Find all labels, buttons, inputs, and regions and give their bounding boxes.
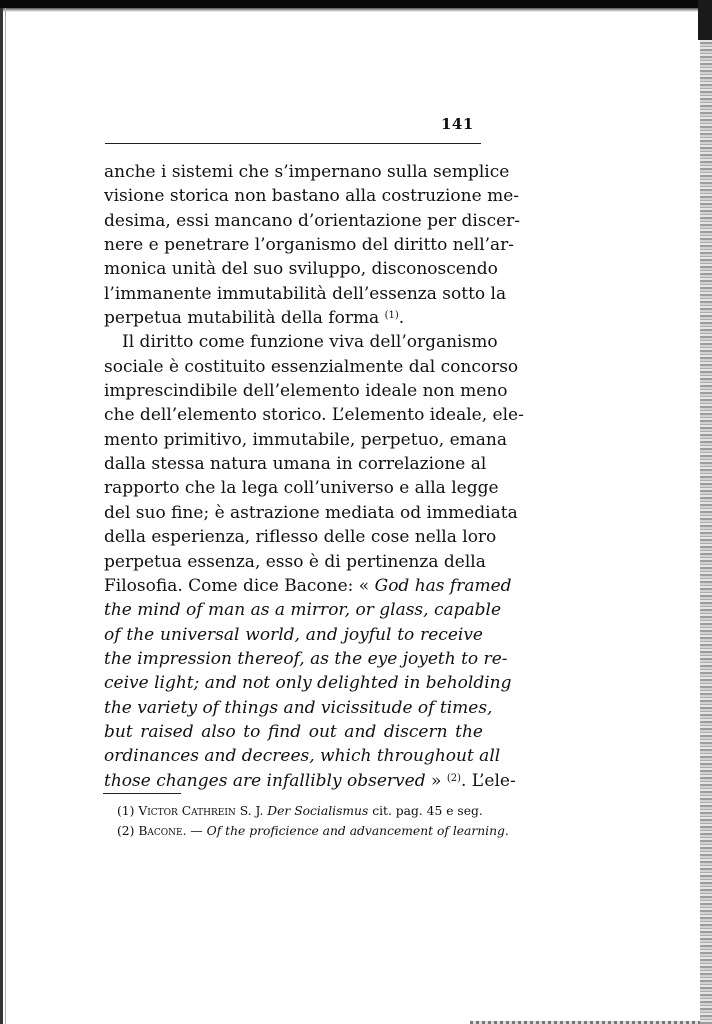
- paragraph-start-line: Il diritto come funzione viva dell’organ…: [104, 330, 483, 354]
- text-line: perpetua essenza, esso è di pertinenza d…: [104, 550, 483, 574]
- text-line: mento primitivo, immutabile, perpetuo, e…: [104, 428, 483, 452]
- header-rule: [105, 143, 481, 144]
- line-tail: .: [399, 308, 404, 328]
- text-line: Filosofia. Come dice Bacone: « God has f…: [104, 574, 483, 598]
- line-roman: »: [426, 771, 447, 791]
- text-line: perpetua mutabilità della forma (1).: [104, 306, 483, 330]
- scan-left-inner-line: [5, 8, 6, 1024]
- text-line: nere e penetrare l’organismo del diritto…: [104, 233, 483, 257]
- quote-line: the mind of man as a mirror, or glass, c…: [104, 598, 483, 622]
- footnote-ref-2[interactable]: (2): [447, 773, 461, 784]
- footnote-tail: .: [505, 824, 509, 838]
- quote-line: ordinances and decrees, which throughout…: [104, 744, 483, 768]
- quote-italic: God has framed: [375, 576, 512, 596]
- footnote-tail: cit. pag. 45 e seg.: [368, 804, 483, 818]
- text-line: visione storica non bastano alla costruz…: [104, 184, 483, 208]
- footnote-marker: (1): [117, 804, 134, 818]
- footnote-author: Bacone.: [138, 824, 186, 838]
- footnote-roman: S. J.: [236, 804, 268, 818]
- scan-top-border: [0, 0, 712, 8]
- text-line: anche i sistemi che s’impernano sulla se…: [104, 160, 483, 184]
- quote-line: the variety of things and vicissitude of…: [104, 696, 483, 720]
- quote-line: ceive light; and not only delighted in b…: [104, 671, 483, 695]
- footnote-rule: [103, 793, 181, 794]
- footnote-marker: (2): [117, 824, 134, 838]
- footnote-ref-1[interactable]: (1): [385, 310, 399, 321]
- text-line: dalla stessa natura umana in correlazion…: [104, 452, 483, 476]
- text-line: che dell’elemento storico. L’elemento id…: [104, 403, 483, 427]
- scan-left-border: [0, 8, 3, 1024]
- footnote-2: (2) Bacone. — Of the proficience and adv…: [117, 821, 483, 841]
- footnote-roman: —: [187, 824, 207, 838]
- footnotes: (1) Victor Cathrein S. J. Der Socialismu…: [117, 801, 483, 841]
- text-line: l’immanente immutabilità dell’essenza so…: [104, 282, 483, 306]
- quote-line: the impression thereof, as the eye joyet…: [104, 647, 483, 671]
- page-number: 141: [441, 115, 474, 133]
- text-line: imprescindibile dell’elemento ideale non…: [104, 379, 483, 403]
- quote-line: of the universal world, and joyful to re…: [104, 623, 483, 647]
- text-line: desima, essi mancano d’orientazione per …: [104, 209, 483, 233]
- line-text: perpetua mutabilità della forma: [104, 308, 379, 328]
- scan-right-corner: [698, 0, 712, 40]
- text-line: del suo fine; è astrazione mediata od im…: [104, 501, 483, 525]
- body-text: anche i sistemi che s’impernano sulla se…: [104, 160, 483, 793]
- line-roman: Filosofia. Come dice Bacone: «: [104, 576, 375, 596]
- line-tail: . L’ele-: [461, 771, 516, 791]
- text-line: rapporto che la lega coll’universo e all…: [104, 476, 483, 500]
- footnote-author: Victor Cathrein: [138, 804, 235, 818]
- quote-italic: those changes are infallibly observed: [104, 771, 426, 791]
- text-line: della esperienza, riflesso delle cose ne…: [104, 525, 483, 549]
- footnote-1: (1) Victor Cathrein S. J. Der Socialismu…: [117, 801, 483, 821]
- scan-top-shadow: [0, 8, 712, 12]
- text-line: monica unità del suo sviluppo, disconosc…: [104, 257, 483, 281]
- footnote-title: Der Socialismus: [267, 804, 368, 818]
- text-line: those changes are infallibly observed » …: [104, 769, 483, 793]
- scan-right-page-edge: [700, 0, 712, 1024]
- text-line: sociale è costituito essenzialmente dal …: [104, 355, 483, 379]
- footnote-title: Of the proficience and advancement of le…: [207, 824, 505, 838]
- quote-line: but raised also to find out and discern …: [104, 720, 483, 744]
